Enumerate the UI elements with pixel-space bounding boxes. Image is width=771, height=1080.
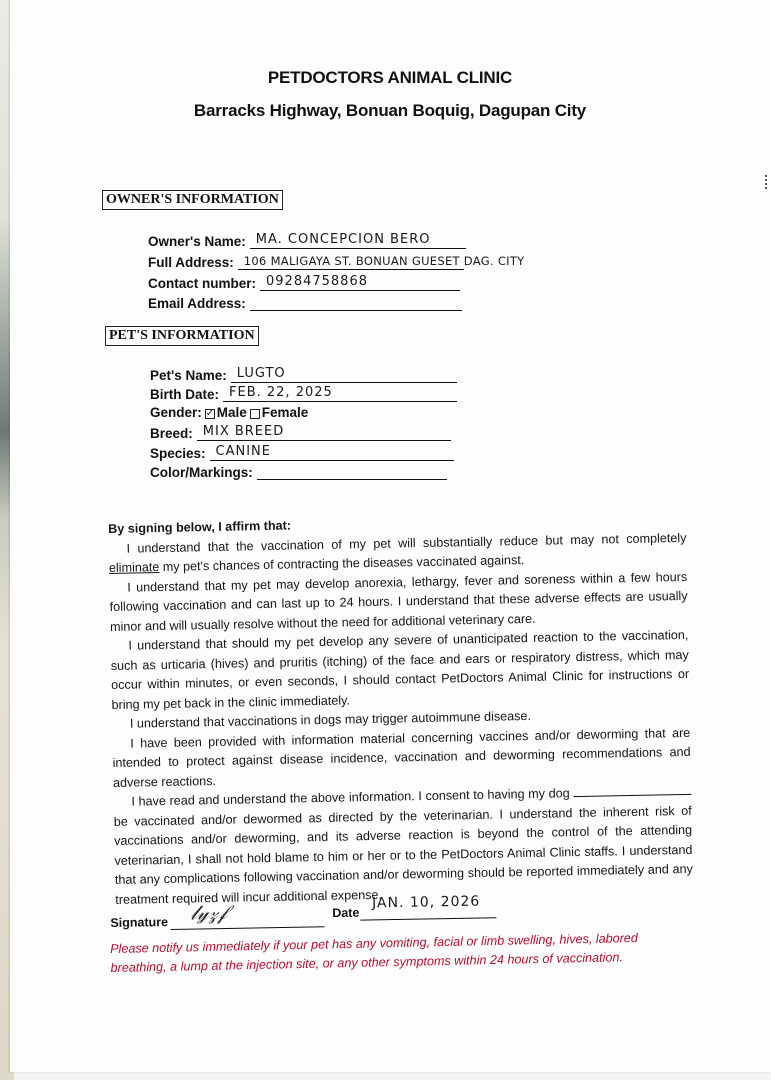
- gender-female-checkbox[interactable]: [250, 409, 260, 419]
- affirmation-paragraph-3: I understand that should my pet develop …: [110, 626, 689, 715]
- owner-name-line[interactable]: MA. CONCEPCION BERO: [250, 232, 466, 249]
- contact-number-line[interactable]: 09284758868: [260, 274, 460, 291]
- owner-section-title: OWNER'S INFORMATION: [102, 190, 283, 210]
- p1-underlined-word: eliminate: [109, 560, 160, 575]
- paper-edge-marks: [765, 175, 769, 189]
- clinic-address: Barracks Highway, Bonuan Boquig, Dagupan…: [0, 101, 771, 121]
- signature-line[interactable]: [171, 926, 325, 930]
- full-address-label: Full Address:: [148, 255, 234, 270]
- pet-section-title: PET'S INFORMATION: [105, 326, 259, 346]
- gender-male-label: Male: [217, 405, 247, 420]
- breed-value: MIX BREED: [203, 424, 284, 439]
- pet-name-field: Pet's Name: LUGTO: [150, 366, 457, 383]
- clinic-name: PETDOCTORS ANIMAL CLINIC: [0, 68, 771, 88]
- email-address-label: Email Address:: [148, 296, 246, 311]
- birth-date-label: Birth Date:: [150, 387, 219, 402]
- contact-number-label: Contact number:: [148, 276, 256, 291]
- date-value: JAN. 10, 2026: [372, 894, 480, 912]
- owner-name-field: Owner's Name: MA. CONCEPCION BERO: [148, 232, 466, 249]
- owner-name-label: Owner's Name:: [148, 234, 246, 249]
- gender-female-label: Female: [262, 405, 309, 420]
- contact-number-field: Contact number: 09284758868: [148, 274, 460, 291]
- birth-date-line[interactable]: FEB. 22, 2025: [223, 385, 457, 402]
- affirmation-block: By signing below, I affirm that: I under…: [108, 509, 693, 910]
- p1-text-after: my pet's chances of contracting the dise…: [159, 553, 524, 574]
- email-address-field: Email Address:: [148, 294, 462, 311]
- signature-scrawl: 𝓁𝓎𝓏𝒻: [190, 900, 227, 925]
- species-value: CANINE: [216, 444, 271, 459]
- species-field: Species: CANINE: [150, 444, 454, 461]
- species-line[interactable]: CANINE: [210, 444, 454, 461]
- full-address-field: Full Address: 106 MALIGAYA ST. BONUAN GU…: [148, 253, 464, 270]
- breed-field: Breed: MIX BREED: [150, 424, 451, 441]
- breed-line[interactable]: MIX BREED: [197, 424, 451, 441]
- pet-name-value: LUGTO: [237, 366, 286, 381]
- signature-label: Signature: [110, 915, 168, 930]
- dog-name-blank[interactable]: [573, 784, 691, 797]
- date-line[interactable]: [360, 917, 496, 920]
- pet-name-line[interactable]: LUGTO: [231, 366, 457, 383]
- color-markings-line[interactable]: [257, 463, 447, 480]
- email-address-line[interactable]: [250, 294, 462, 311]
- gender-male-checkbox[interactable]: ✓: [205, 409, 215, 419]
- color-markings-field: Color/Markings:: [150, 463, 447, 480]
- full-address-line[interactable]: 106 MALIGAYA ST. BONUAN GUESET DAG. CITY: [238, 253, 464, 270]
- contact-number-value: 09284758868: [266, 274, 368, 289]
- species-label: Species:: [150, 446, 206, 461]
- birth-date-field: Birth Date: FEB. 22, 2025: [150, 385, 457, 402]
- gender-field: Gender: ✓ Male Female: [150, 405, 308, 420]
- birth-date-value: FEB. 22, 2025: [229, 385, 333, 400]
- gender-label: Gender:: [150, 405, 202, 420]
- full-address-value: 106 MALIGAYA ST. BONUAN GUESET DAG. CITY: [244, 254, 525, 268]
- breed-label: Breed:: [150, 426, 193, 441]
- owner-name-value: MA. CONCEPCION BERO: [256, 232, 431, 247]
- date-label: Date: [332, 906, 359, 920]
- pet-name-label: Pet's Name:: [150, 368, 227, 383]
- affirmation-paragraph-5: I have been provided with information ma…: [112, 723, 691, 793]
- color-markings-label: Color/Markings:: [150, 465, 253, 480]
